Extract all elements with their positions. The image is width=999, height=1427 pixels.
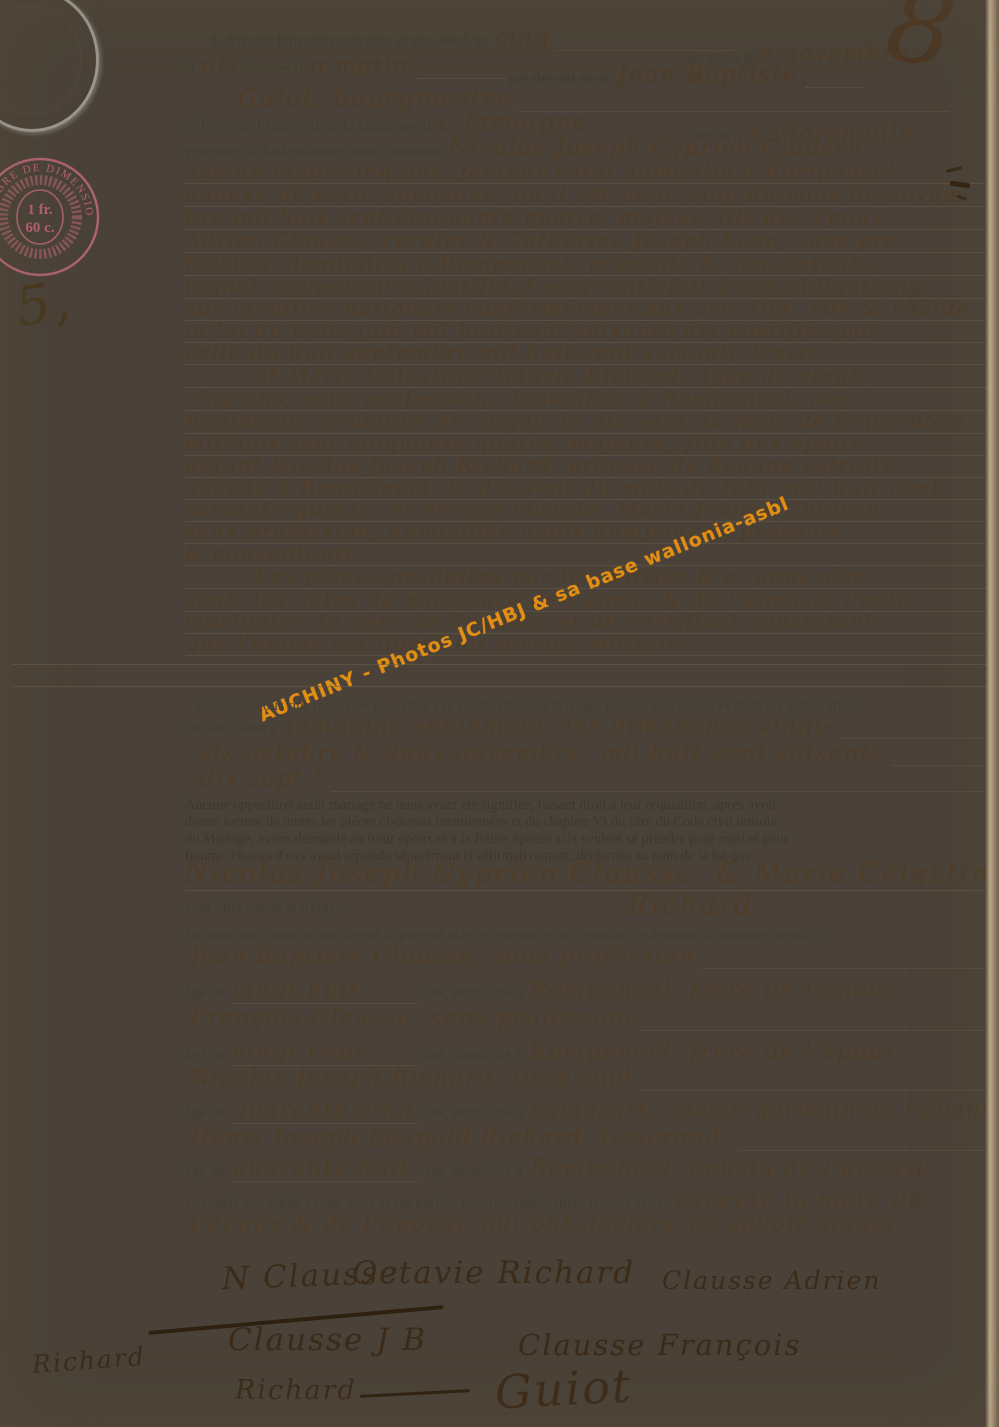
hw-day: cinq bbox=[495, 26, 551, 51]
hw-witness4-place: Romponcel, cousin de l'épouse bbox=[530, 1156, 932, 1181]
handwritten-line: & consentante bbox=[185, 542, 985, 566]
signature-richard: Richard bbox=[235, 1375, 357, 1406]
fill-line bbox=[738, 1148, 985, 1151]
signature-richard-margin: Richard bbox=[31, 1342, 147, 1379]
hw-exception-2: l'époux & de l'épouse qui ont déclaré ne… bbox=[190, 1212, 899, 1237]
handwritten-line: et Marie Célestine Octavie Richard, âgée… bbox=[185, 364, 999, 388]
ruled-line bbox=[12, 664, 987, 665]
hw-publication-2: six octobre & deux novembre, mil huit ce… bbox=[200, 741, 886, 766]
form-text-age: âgé de bbox=[185, 1163, 225, 1180]
handwritten-line: bre mil huit cent cinquante quatre, maje… bbox=[185, 206, 985, 230]
form-text-opposition: du Mariage, avons demandé au futur époux… bbox=[185, 831, 991, 848]
hw-morning: u matin bbox=[310, 54, 409, 79]
form-text-publications: Lesquels nous ont requis de procéder à l… bbox=[196, 698, 988, 715]
signature-flourish-stroke bbox=[360, 1389, 470, 1398]
form-text-year: L'AN mil huit cent soixante et dix-neuf,… bbox=[212, 33, 488, 50]
stamp-value-francs: 1 fr. bbox=[27, 202, 53, 218]
form-text-registrar: officier de l'état civil de la commune d bbox=[188, 118, 431, 135]
marriage-act-scan: 8 TIMBRE DE DIMENSION 1 fr. 60 c. 5, L'A… bbox=[0, 0, 999, 1427]
embossed-seal bbox=[0, 0, 99, 132]
form-text-hours: heures d bbox=[249, 61, 303, 78]
hw-witness4-age: quarante huit bbox=[232, 1156, 417, 1182]
hw-witness3-age: quarante cinq bbox=[232, 1098, 417, 1124]
handwritten-line: celle du huit septembre mil huit cent so… bbox=[185, 341, 985, 365]
form-text-witnesses-intro: De tout quoi nous avons dressé le présen… bbox=[185, 927, 991, 944]
hw-union-names: Nicolas Joseph Cyprien Clausse, & Marie … bbox=[185, 858, 985, 891]
fill-line bbox=[893, 763, 988, 766]
hw-publication-3: dix sept ! bbox=[200, 767, 324, 792]
hw-witness1-name: Jean Baptiste Clausse, sans profession bbox=[190, 944, 695, 969]
hw-witness1-age: vingt huit bbox=[232, 978, 417, 1004]
signature-clausse-jb: Clausse J B bbox=[228, 1322, 427, 1358]
handwritten-line: que l'époux est libéré du service milita… bbox=[185, 632, 985, 656]
margin-act-number: 5, bbox=[11, 268, 77, 340]
form-text-united: sont unis par le mariage. bbox=[185, 899, 341, 916]
hw-hour: dix bbox=[202, 54, 242, 79]
handwritten-line: cinq ans, sans profession, domiciliée à … bbox=[185, 387, 985, 411]
form-text-domiciled: ans, domicilié à bbox=[424, 1163, 523, 1180]
fill-line bbox=[331, 789, 988, 792]
hw-witness3-name: Nicolas Joseph Richard, tisserand bbox=[190, 1066, 633, 1091]
signature-bride: Octavie Richard bbox=[352, 1255, 635, 1291]
form-text-domiciled: ans, domicilié à bbox=[424, 1047, 523, 1064]
embossed-seal-inner-ring bbox=[0, 5, 82, 115]
fill-line bbox=[640, 1088, 985, 1091]
book-page-edge bbox=[985, 0, 999, 1427]
hw-commune: e Jamoigne bbox=[438, 110, 588, 136]
hw-officer-name: Guiot, bourgmestre bbox=[238, 84, 512, 112]
handwritten-line: Adrien Clausse, cordier & Cathérine Jose… bbox=[185, 229, 985, 253]
hw-exception-1: excepté la mère de bbox=[675, 1188, 923, 1213]
form-text-at: à bbox=[188, 61, 195, 78]
form-text-opposition: Aucune opposition audit mariage ne nous … bbox=[185, 797, 991, 814]
signature-clausse-francois: Clausse François bbox=[518, 1328, 801, 1362]
form-text-published-at: ont été faites à bbox=[186, 721, 278, 738]
form-text-age: âgé de bbox=[185, 1047, 225, 1064]
form-text-domiciled: ans, domicilié à bbox=[424, 1105, 523, 1122]
hw-publication-1: Jamoigne seulement, les dimanches vingt- bbox=[285, 714, 835, 739]
fill-line bbox=[641, 1028, 985, 1031]
form-text-signed-clause: Lesquels ont signé avons nous et les par… bbox=[185, 1195, 668, 1212]
stamp-value-centimes: 60 c. bbox=[25, 220, 54, 236]
handwritten-line: âgé de vingt cinq ans, facteur rural dom… bbox=[185, 160, 985, 184]
hw-witness2-name: François Clausse, sans profession bbox=[190, 1006, 634, 1031]
signature-mayor-guiot: Guiot bbox=[494, 1358, 634, 1419]
handwritten-line: fession, domiciliés à Romponcel, présent… bbox=[185, 252, 985, 276]
form-text-domiciled: ans, domicilié à bbox=[424, 985, 523, 1002]
form-text-age: âgé de bbox=[185, 1105, 225, 1122]
handwritten-line: annexe de cette commune, où il est né le… bbox=[185, 183, 985, 207]
hw-witness3-place: Valansart, cousin germain de l'épouse bbox=[530, 1098, 999, 1122]
form-text-province: province de Luxembourg, sont comparus bbox=[186, 143, 442, 160]
fill-line bbox=[416, 76, 506, 79]
hw-witness2-place: Romponcel, frère de l'époux bbox=[530, 1040, 899, 1065]
hw-witness2-age: vingt trois bbox=[232, 1040, 417, 1066]
fill-line bbox=[702, 966, 985, 969]
form-text-opposition: donné lecture de toutes les pièces ci-de… bbox=[185, 814, 991, 831]
form-text-age: âgé de bbox=[185, 985, 225, 1002]
hw-groom-name: Nicolas Joseph Cyprien Clausse, bbox=[449, 136, 872, 161]
revenue-stamp: TIMBRE DE DIMENSION 1 fr. 60 c. bbox=[0, 154, 108, 284]
hw-witness1-place: Romponcel, frère de l'époux bbox=[530, 978, 899, 1003]
hw-union-name2: Richard bbox=[628, 888, 754, 921]
ruled-line bbox=[12, 686, 987, 687]
signature-clausse-adrien: Clausse Adrien bbox=[662, 1266, 881, 1295]
fill-line bbox=[842, 736, 988, 739]
hw-witness4-name: Henri Joseph Léopold Richard, tisserand, bbox=[190, 1126, 731, 1151]
